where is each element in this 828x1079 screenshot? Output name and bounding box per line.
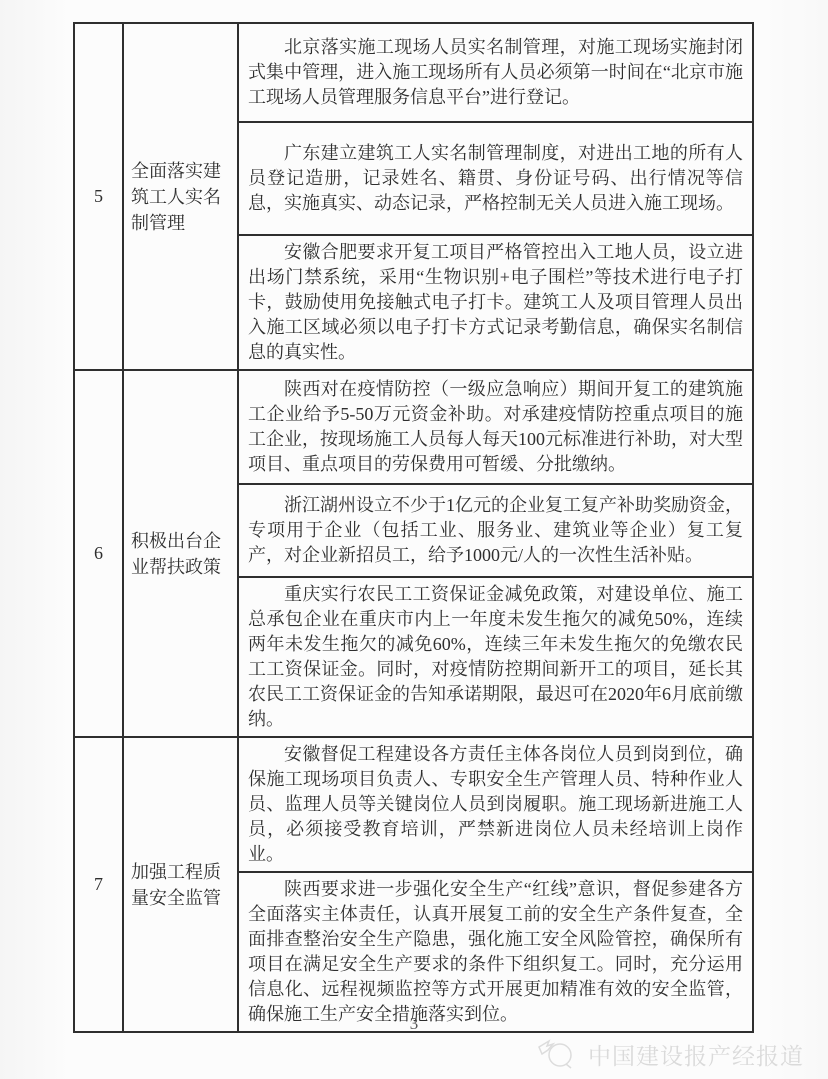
row-category-6: 积极出台企业帮扶政策 [123,370,238,737]
policy-text: 陕西对在疫情防控（一级应急响应）期间开复工的建筑施工企业给予5-50万元资金补助… [248,377,743,477]
policy-table: 5 全面落实建筑工人实名制管理 北京落实施工现场人员实名制管理，对施工现场实施封… [73,22,754,1033]
policy-cell: 重庆实行农民工工资保证金减免政策，对建设单位、施工总承包企业在重庆市内上一年度未… [238,577,753,737]
policy-cell: 安徽督促工程建设各方责任主体各岗位人员到岗到位，确保施工现场项目负责人、专职安全… [238,737,753,872]
policy-cell: 陕西对在疫情防控（一级应急响应）期间开复工的建筑施工企业给予5-50万元资金补助… [238,370,753,484]
table-row: 5 全面落实建筑工人实名制管理 北京落实施工现场人员实名制管理，对施工现场实施封… [74,23,753,122]
row-category-7: 加强工程质量安全监管 [123,737,238,1032]
policy-cell: 陕西要求进一步强化安全生产“红线”意识，督促参建各方全面落实主体责任，认真开展复… [238,872,753,1032]
policy-cell: 浙江湖州设立不少于1亿元的企业复工复产补助奖励资金，专项用于企业（包括工业、服务… [238,484,753,577]
row-number-6: 6 [74,370,123,737]
row-category-5: 全面落实建筑工人实名制管理 [123,23,238,370]
table-row: 7 加强工程质量安全监管 安徽督促工程建设各方责任主体各岗位人员到岗到位，确保施… [74,737,753,872]
table-row: 6 积极出台企业帮扶政策 陕西对在疫情防控（一级应急响应）期间开复工的建筑施工企… [74,370,753,484]
policy-text: 广东建立建筑工人实名制管理制度，对进出工地的所有人员登记造册，记录姓名、籍贯、身… [248,141,743,216]
row-number-5: 5 [74,23,123,370]
policy-text: 安徽督促工程建设各方责任主体各岗位人员到岗到位，确保施工现场项目负责人、专职安全… [248,742,743,867]
policy-cell: 安徽合肥要求开复工项目严格管控出入工地人员，设立进出场门禁系统，采用“生物识别+… [238,235,753,370]
policy-text: 陕西要求进一步强化安全生产“红线”意识，督促参建各方全面落实主体责任，认真开展复… [248,877,743,1027]
policy-text: 北京落实施工现场人员实名制管理，对施工现场实施封闭式集中管理，进入施工现场所有人… [248,35,743,110]
document-page: 5 全面落实建筑工人实名制管理 北京落实施工现场人员实名制管理，对施工现场实施封… [0,0,828,1079]
watermark: 中国建设报产经报道 [536,1037,804,1071]
page-number: 3 [0,1014,828,1034]
watermark-logo-icon [536,1037,578,1071]
policy-cell: 广东建立建筑工人实名制管理制度，对进出工地的所有人员登记造册，记录姓名、籍贯、身… [238,122,753,235]
policy-text: 浙江湖州设立不少于1亿元的企业复工复产补助奖励资金，专项用于企业（包括工业、服务… [248,493,743,568]
watermark-text: 中国建设报产经报道 [588,1038,804,1071]
policy-text: 重庆实行农民工工资保证金减免政策，对建设单位、施工总承包企业在重庆市内上一年度未… [248,582,743,732]
policy-cell: 北京落实施工现场人员实名制管理，对施工现场实施封闭式集中管理，进入施工现场所有人… [238,23,753,122]
policy-text: 安徽合肥要求开复工项目严格管控出入工地人员，设立进出场门禁系统，采用“生物识别+… [248,240,743,365]
row-number-7: 7 [74,737,123,1032]
